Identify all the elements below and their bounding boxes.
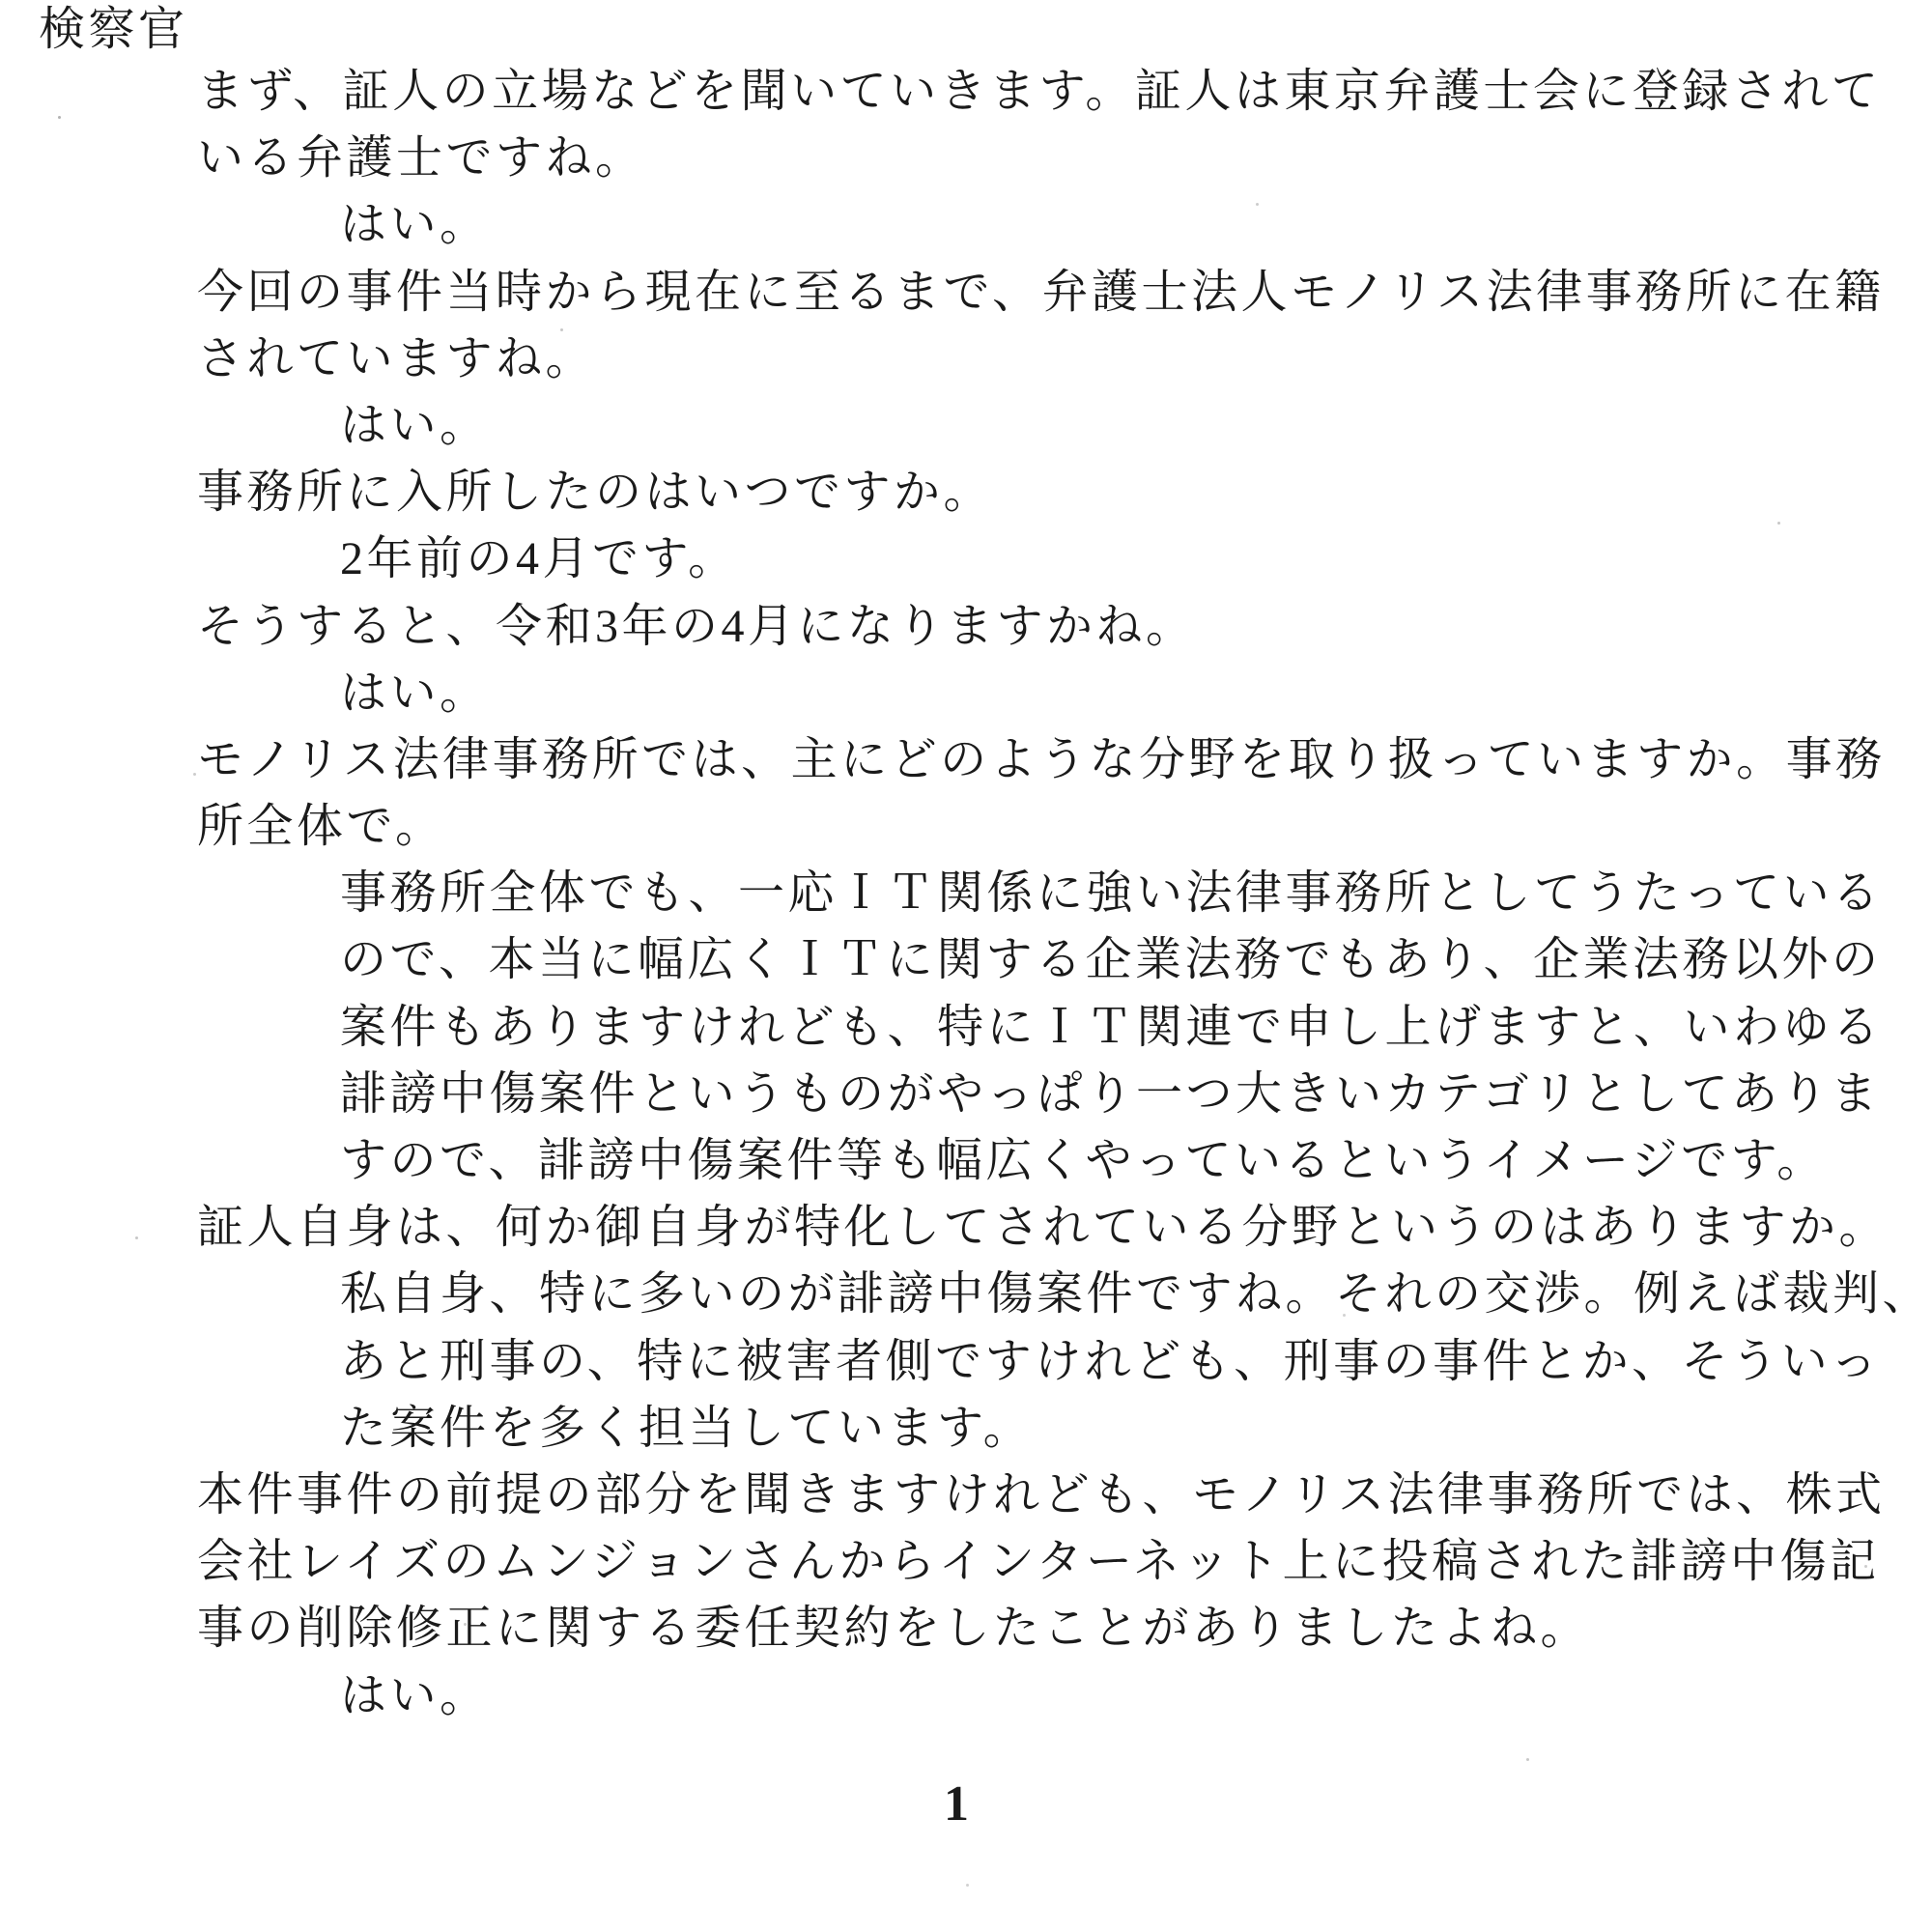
- question-line: されていますね。: [0, 326, 1932, 392]
- question-line: 今回の事件当時から現在に至るまで、弁護士法人モノリス法律事務所に在籍: [0, 259, 1932, 326]
- dialogue: まず、証人の立場などを聞いていきます。証人は東京弁護士会に登録されている弁護士で…: [0, 58, 1932, 1729]
- answer-line: 事務所全体でも、一応ＩＴ関係に強い法律事務所としてうたっている: [0, 860, 1932, 926]
- answer-line: はい。: [0, 191, 1932, 258]
- page-number: 1: [923, 1776, 990, 1833]
- answer-line: はい。: [0, 1662, 1932, 1729]
- answer-line: はい。: [0, 660, 1932, 726]
- question-line: 所全体で。: [0, 793, 1932, 860]
- answer-line: 私自身、特に多いのが誹謗中傷案件ですね。それの交渉。例えば裁判、: [0, 1261, 1932, 1327]
- answer-line: あと刑事の、特に被害者側ですけれども、刑事の事件とか、そういっ: [0, 1328, 1932, 1395]
- answer-line: 2年前の4月です。: [0, 526, 1932, 592]
- question-line: 会社レイズのムンジョンさんからインターネット上に投稿された誹謗中傷記: [0, 1528, 1932, 1595]
- answer-line: はい。: [0, 392, 1932, 459]
- question-line: 事の削除修正に関する委任契約をしたことがありましたよね。: [0, 1595, 1932, 1662]
- question-line: そうすると、令和3年の4月になりますかね。: [0, 593, 1932, 660]
- answer-line: た案件を多く担当しています。: [0, 1395, 1932, 1462]
- answer-line: すので、誹謗中傷案件等も幅広くやっているというイメージです。: [0, 1127, 1932, 1194]
- question-line: まず、証人の立場などを聞いていきます。証人は東京弁護士会に登録されて: [0, 58, 1932, 125]
- speaker-label: 検察官: [39, 0, 188, 60]
- answer-line: ので、本当に幅広くＩＴに関する企業法務でもあり、企業法務以外の: [0, 926, 1932, 993]
- question-line: モノリス法律事務所では、主にどのような分野を取り扱っていますか。事務: [0, 726, 1932, 793]
- question-line: 本件事件の前提の部分を聞きますけれども、モノリス法律事務所では、株式: [0, 1462, 1932, 1528]
- question-line: 証人自身は、何か御自身が特化してされている分野というのはありますか。: [0, 1194, 1932, 1261]
- question-line: 事務所に入所したのはいつですか。: [0, 459, 1932, 526]
- answer-line: 案件もありますけれども、特にＩＴ関連で申し上げますと、いわゆる: [0, 994, 1932, 1061]
- question-line: いる弁護士ですね。: [0, 125, 1932, 191]
- answer-line: 誹謗中傷案件というものがやっぱり一つ大きいカテゴリとしてありま: [0, 1061, 1932, 1127]
- transcript-page: 検察官 まず、証人の立場などを聞いていきます。証人は東京弁護士会に登録されている…: [0, 0, 1932, 1932]
